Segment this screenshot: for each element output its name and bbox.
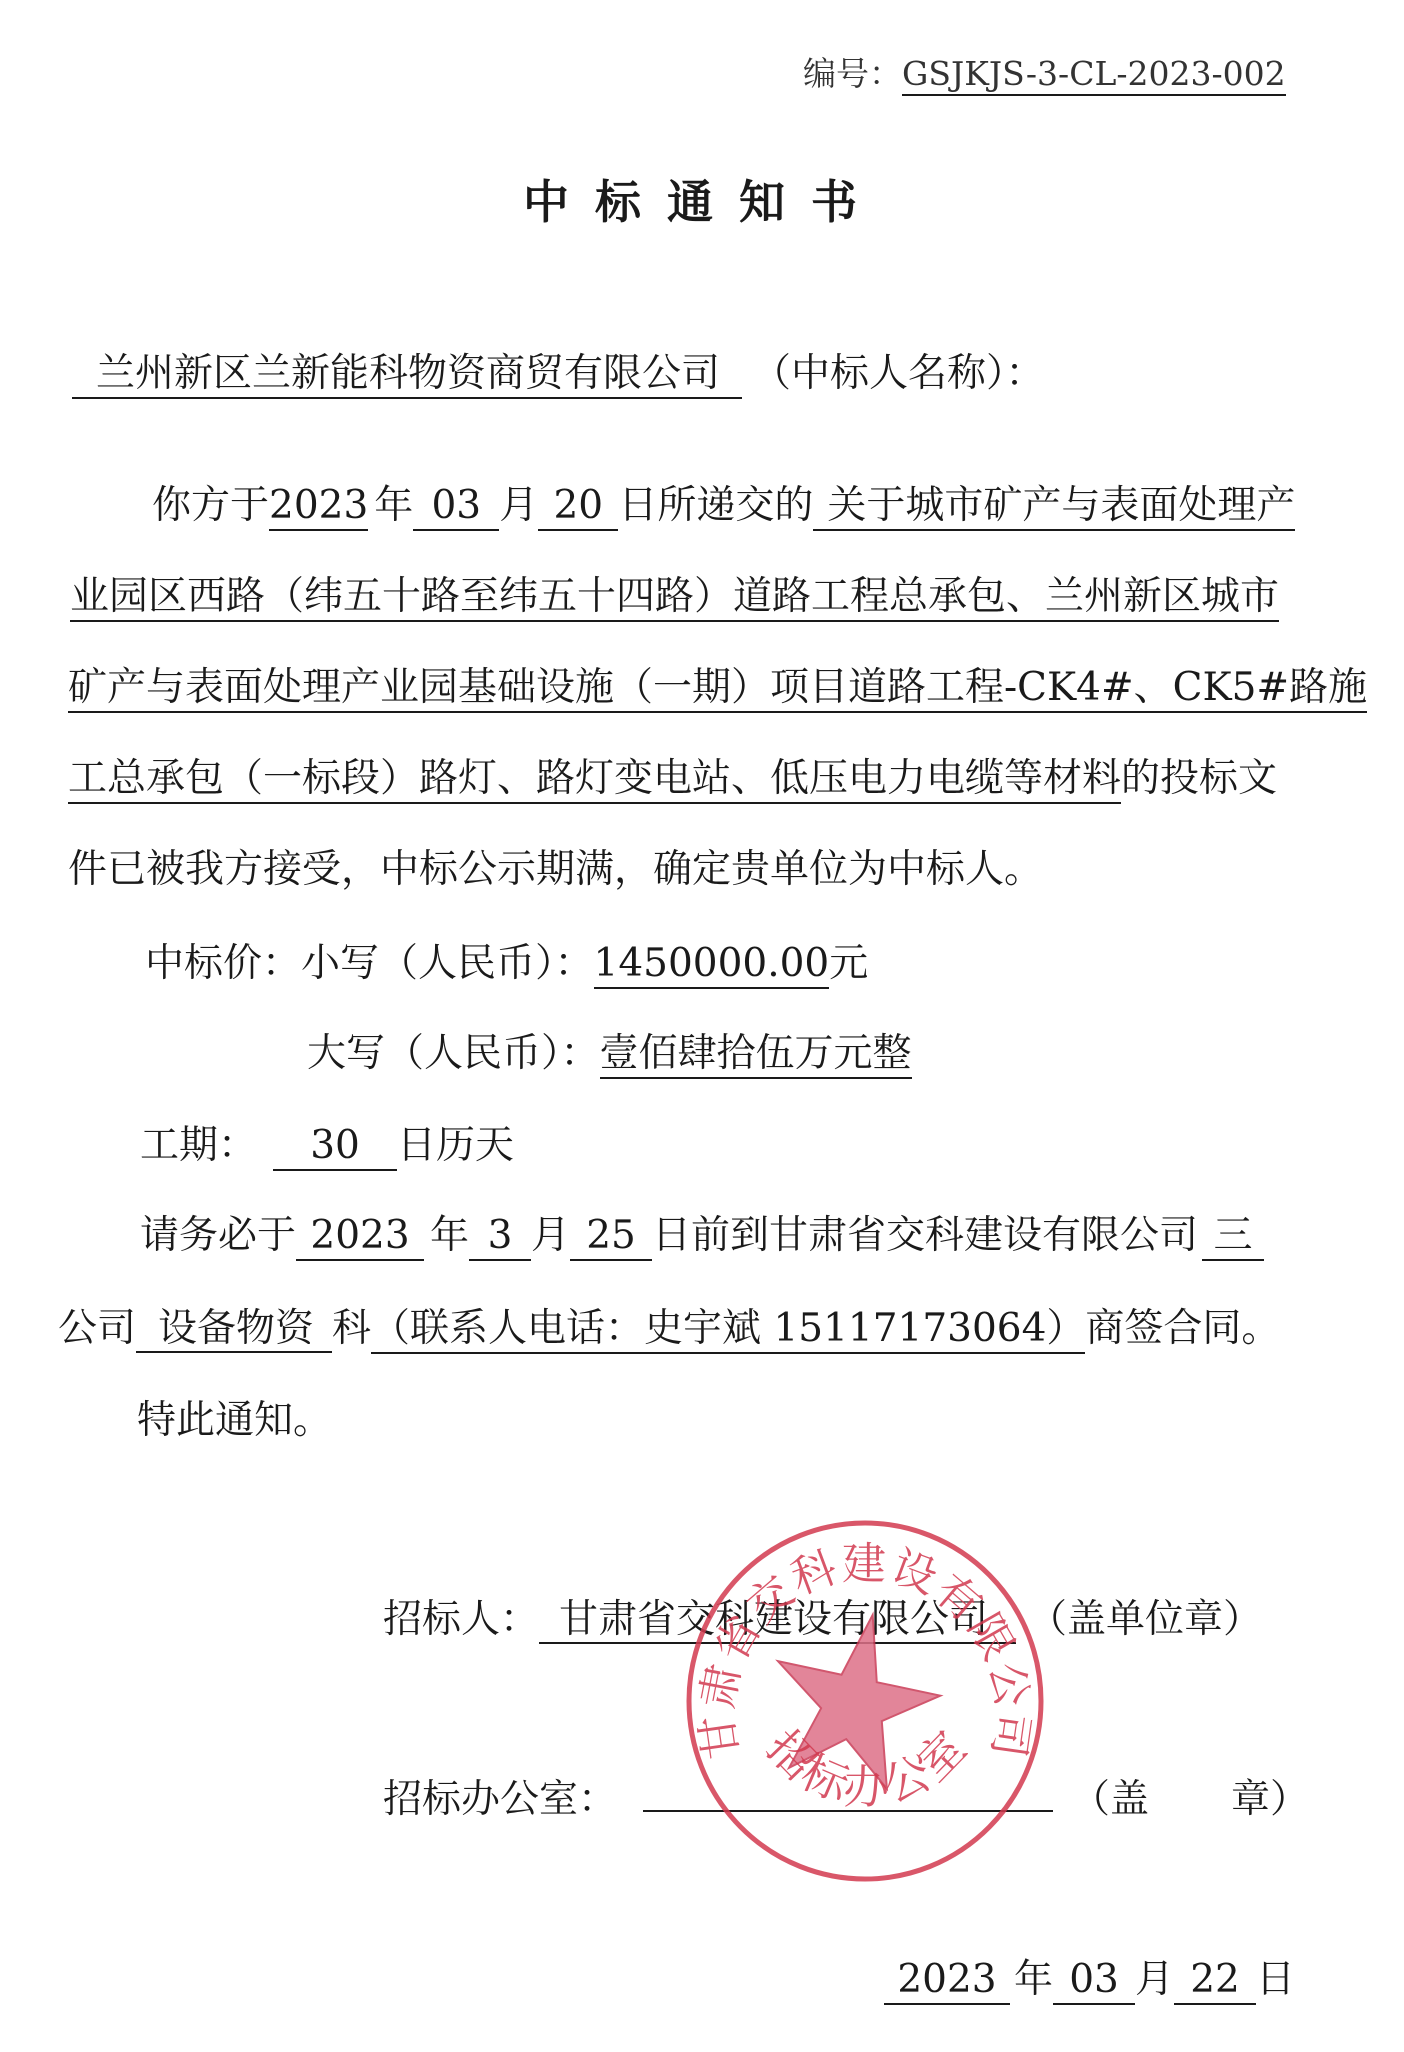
contract-year-unit: 年	[430, 1213, 469, 1258]
official-seal: 甘肃省交科建设有限公司 招标办公室	[683, 1518, 1047, 1884]
project-name-part-2: 业园区西路（纬五十路至纬五十四路）道路工程总承包、兰州新区城市	[70, 575, 1279, 622]
office-name	[643, 1809, 1053, 1812]
seal-ring	[689, 1523, 1041, 1879]
price-upper-line: 大写（人民币）：壹佰肆拾伍万元整	[307, 1030, 912, 1079]
acceptance-text: 件已被我方接受，中标公示期满，确定贵单位为中标人。	[68, 847, 1043, 892]
tenderer-name: 甘肃省交科建设有限公司	[539, 1598, 1016, 1644]
contract-line-2: 公司设备物资科（联系人电话：史宇斌 15117173064）商签合同。	[58, 1305, 1280, 1354]
duration-value: 30	[273, 1124, 397, 1171]
office-seal-note-open: （盖	[1071, 1777, 1149, 1822]
duration-label: 工期：	[140, 1123, 257, 1168]
project-name-part-1: 关于城市矿产与表面处理产	[813, 484, 1295, 531]
body-line-2: 业园区西路（纬五十路至纬五十四路）道路工程总承包、兰州新区城市	[70, 573, 1279, 622]
body-line-1: 你方于2023年03月20日所递交的关于城市矿产与表面处理产	[152, 482, 1295, 531]
issue-year-unit: 年	[1014, 1957, 1053, 2002]
issue-day-unit: 日	[1256, 1957, 1295, 2002]
office-label: 招标办公室：	[383, 1777, 617, 1822]
issue-month: 03	[1053, 1958, 1135, 2005]
duration-line: 工期：30日历天	[140, 1122, 514, 1171]
intro-prefix: 你方于	[152, 483, 269, 528]
closing-text: 特此通知。	[137, 1397, 332, 1445]
project-name-part-3: 矿产与表面处理产业园基础设施（一期）项目道路工程-CK4#、CK5#路施	[68, 666, 1367, 713]
office-seal-note-close: 章）	[1231, 1777, 1309, 1822]
contract-suffix: 商签合同。	[1085, 1306, 1280, 1351]
price-lower-value: 1450000.00	[594, 942, 830, 989]
submit-day: 20	[538, 484, 618, 531]
body-line-3: 矿产与表面处理产业园基础设施（一期）项目道路工程-CK4#、CK5#路施	[68, 664, 1367, 713]
body-line-4: 工总承包（一标段）路灯、路灯变电站、低压电力电缆等材料的投标文	[68, 755, 1277, 804]
issue-year: 2023	[884, 1958, 1010, 2005]
contract-middle: 日前到甘肃省交科建设有限公司	[652, 1213, 1198, 1258]
price-lower-line: 中标价：小写（人民币）：1450000.00元	[145, 940, 868, 989]
contract-line-1: 请务必于2023年3月25日前到甘肃省交科建设有限公司三	[140, 1212, 1264, 1261]
page-title: 中标通知书	[523, 166, 883, 232]
duration-unit: 日历天	[397, 1123, 514, 1168]
price-label: 中标价：	[145, 941, 301, 986]
tenderer-label: 招标人：	[383, 1597, 539, 1642]
department-unit: 科	[332, 1306, 371, 1351]
contract-prefix: 请务必于	[140, 1213, 296, 1258]
issue-date: 2023年03月22日	[884, 1956, 1295, 2005]
submit-month: 03	[413, 484, 499, 531]
body-line-5: 件已被我方接受，中标公示期满，确定贵单位为中标人。	[68, 846, 1043, 894]
issue-day: 22	[1174, 1958, 1256, 2005]
month-unit: 月	[499, 483, 538, 528]
tenderer-seal-note: （盖单位章）	[1028, 1597, 1262, 1642]
document-number-label: 编号：	[803, 54, 902, 93]
office-line: 招标办公室：（盖章）	[383, 1776, 1309, 1824]
issue-month-unit: 月	[1135, 1957, 1174, 2002]
price-upper-value: 壹佰肆拾伍万元整	[600, 1032, 912, 1079]
branch-name-part-1: 三	[1202, 1214, 1264, 1261]
branch-name-part-2: 公司	[58, 1306, 136, 1351]
contract-day: 25	[570, 1214, 652, 1261]
department-name: 设备物资	[136, 1307, 332, 1353]
price-lower-unit: 元	[829, 941, 868, 986]
contract-month-unit: 月	[531, 1213, 570, 1258]
price-lower-label: 小写（人民币）：	[301, 941, 594, 986]
submitted-text: 日所递交的	[618, 483, 813, 528]
project-name-part-4: 工总承包（一标段）路灯、路灯变电站、低压电力电缆等材料	[68, 757, 1121, 804]
tenderer-line: 招标人：甘肃省交科建设有限公司（盖单位章）	[383, 1596, 1262, 1644]
seal-top-text: 甘肃省交科建设有限公司	[692, 1538, 1039, 1762]
bid-document-text: 的投标文	[1121, 756, 1277, 801]
contract-month: 3	[469, 1214, 531, 1261]
recipient-name: 兰州新区兰新能科物资商贸有限公司	[72, 352, 742, 399]
recipient-line: 兰州新区兰新能科物资商贸有限公司（中标人名称）：	[72, 350, 1045, 399]
contract-year: 2023	[296, 1214, 424, 1261]
year-unit: 年	[374, 483, 413, 528]
contact-info: （联系人电话：史宇斌 15117173064）	[371, 1307, 1085, 1354]
document-number-value: GSJKJS-3-CL-2023-002	[902, 55, 1286, 96]
recipient-suffix: （中标人名称）：	[752, 351, 1045, 396]
submit-year: 2023	[269, 484, 368, 531]
price-upper-label: 大写（人民币）：	[307, 1031, 600, 1076]
document-number: 编号：GSJKJS-3-CL-2023-002	[803, 48, 1286, 96]
